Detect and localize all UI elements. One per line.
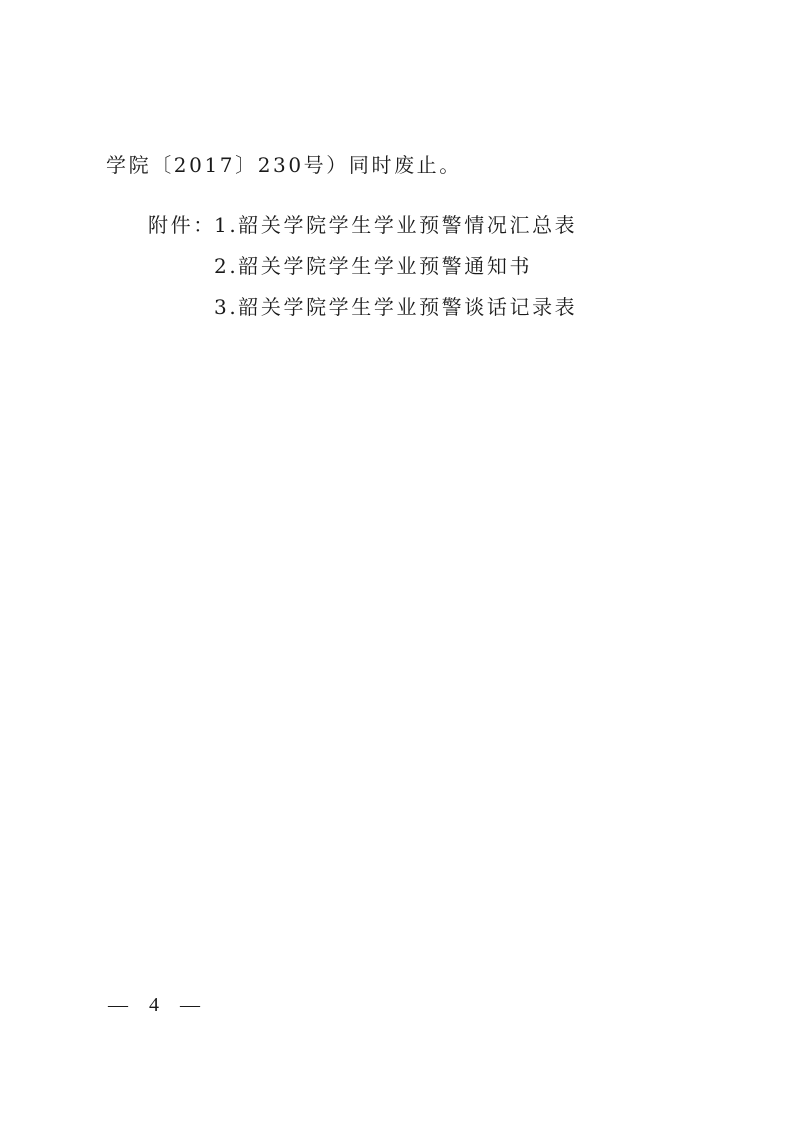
attachment-item: 2.韶关学院学生学业预警通知书	[214, 254, 532, 278]
attachment-item: 3.韶关学院学生学业预警谈话记录表	[214, 295, 577, 319]
attachment-item: 1.韶关学院学生学业预警情况汇总表	[214, 213, 577, 237]
attachments-label: 附件：	[148, 213, 216, 237]
paragraph-tail: 学院〔2017〕230号）同时废止。	[106, 153, 462, 177]
page-number: — 4 —	[108, 993, 208, 1017]
